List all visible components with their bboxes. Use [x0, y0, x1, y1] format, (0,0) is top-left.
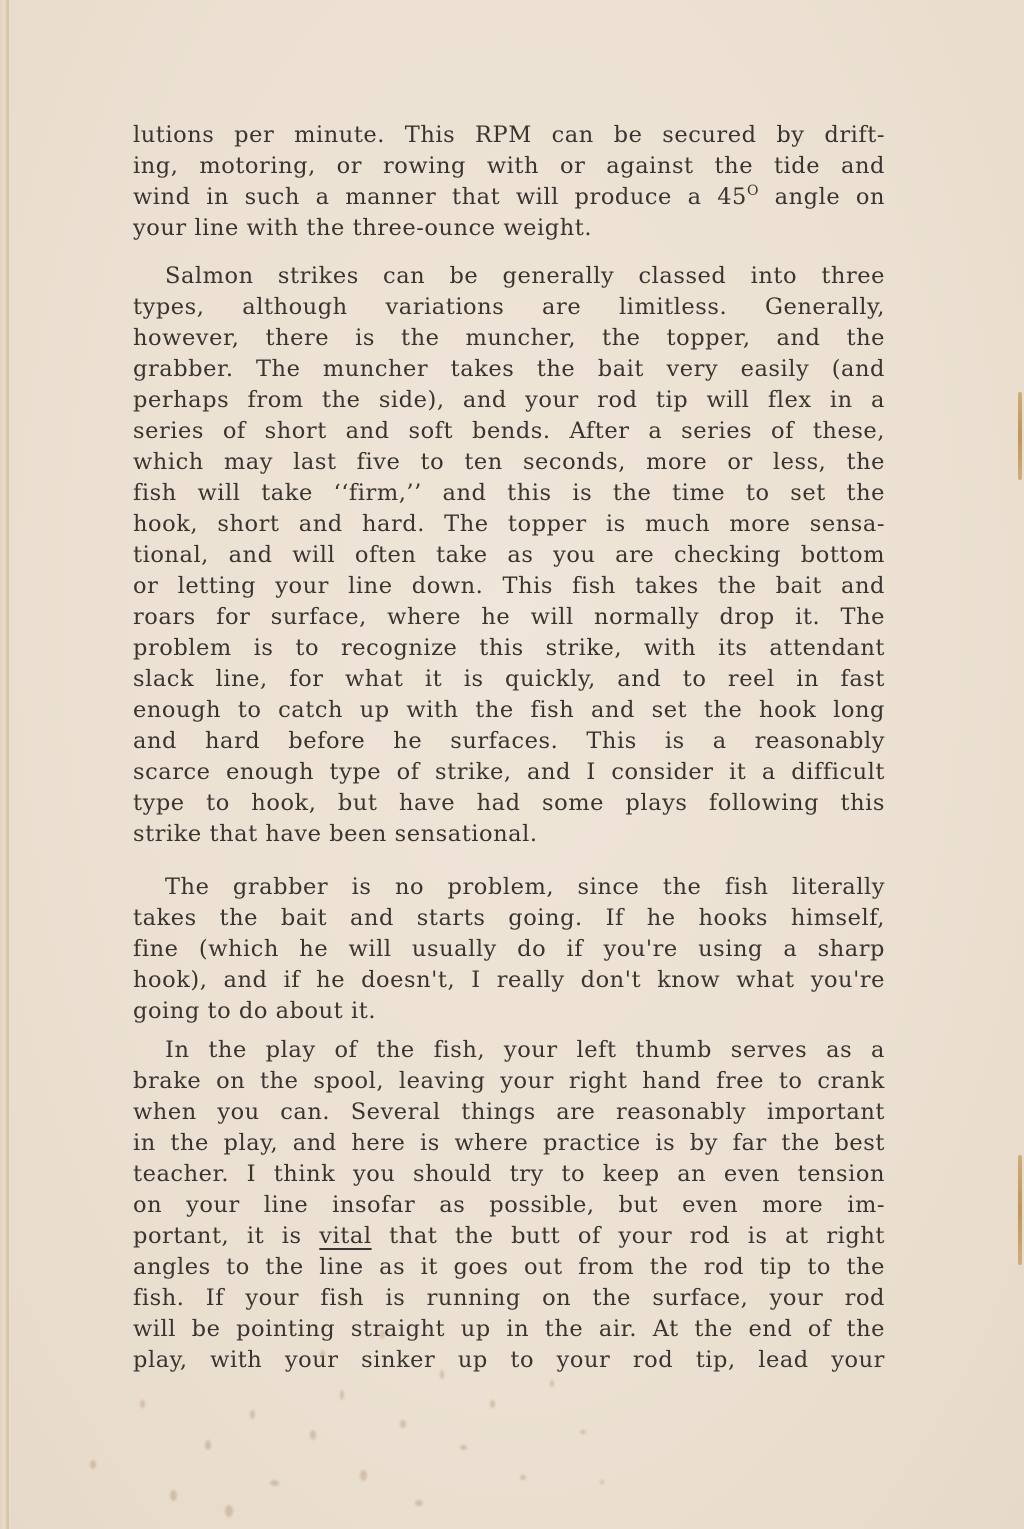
stain-spot: [170, 1490, 177, 1501]
text-line: fine (which he will usually do if you're…: [133, 934, 885, 965]
edge-stain-mark: [1018, 392, 1022, 480]
text-fragment: wind in such a manner that will produce …: [133, 184, 747, 210]
stain-spot: [460, 1445, 467, 1450]
stain-spot: [140, 1400, 145, 1408]
text-line: going to do about it.: [133, 996, 885, 1027]
text-line: lutions per minute. This RPM can be secu…: [133, 120, 885, 151]
paragraph: Salmon strikes can be generally classed …: [133, 261, 885, 850]
text-line: in the play, and here is where practice …: [133, 1128, 885, 1159]
text-line: which may last five to ten seconds, more…: [133, 447, 885, 478]
text-line: or letting your line down. This fish tak…: [133, 571, 885, 602]
text-line: enough to catch up with the fish and set…: [133, 695, 885, 726]
text-fragment: angle on: [759, 184, 885, 210]
text-line: will be pointing straight up in the air.…: [133, 1314, 885, 1345]
text-line: types, although variations are limitless…: [133, 292, 885, 323]
text-fragment: that the butt of your rod is at right: [372, 1223, 885, 1249]
stain-spot: [520, 1475, 526, 1480]
text-line: roars for surface, where he will normall…: [133, 602, 885, 633]
text-line: strike that have been sensational.: [133, 819, 885, 850]
text-line: ing, motoring, or rowing with or against…: [133, 151, 885, 182]
text-line: on your line insofar as possible, but ev…: [133, 1190, 885, 1221]
text-line: type to hook, but have had some plays fo…: [133, 788, 885, 819]
stain-spot: [415, 1500, 423, 1506]
text-line: series of short and soft bends. After a …: [133, 416, 885, 447]
text-line: your line with the three-ounce weight.: [133, 213, 885, 244]
text-line: perhaps from the side), and your rod tip…: [133, 385, 885, 416]
text-line: scarce enough type of strike, and I cons…: [133, 757, 885, 788]
text-line: The grabber is no problem, since the fis…: [133, 872, 885, 903]
stain-spot: [225, 1505, 233, 1517]
text-line: slack line, for what it is quickly, and …: [133, 664, 885, 695]
text-line: and hard before he surfaces. This is a r…: [133, 726, 885, 757]
book-page: lutions per minute. This RPM can be secu…: [0, 0, 1024, 1529]
stain-spot: [270, 1480, 279, 1486]
text-line: play, with your sinker up to your rod ti…: [133, 1345, 885, 1376]
degree-superscript: O: [747, 183, 759, 199]
text-line: teacher. I think you should try to keep …: [133, 1159, 885, 1190]
text-fragment: portant, it is: [133, 1223, 319, 1249]
text-line: fish will take ‘‘firm,’’ and this is the…: [133, 478, 885, 509]
text-line: grabber. The muncher takes the bait very…: [133, 354, 885, 385]
paragraph: lutions per minute. This RPM can be secu…: [133, 120, 885, 244]
text-line: hook, short and hard. The topper is much…: [133, 509, 885, 540]
text-line: fish. If your fish is running on the sur…: [133, 1283, 885, 1314]
text-line: wind in such a manner that will produce …: [133, 182, 885, 213]
text-line: Salmon strikes can be generally classed …: [133, 261, 885, 292]
text-line: angles to the line as it goes out from t…: [133, 1252, 885, 1283]
binding-line: [7, 0, 9, 1529]
text-line: hook), and if he doesn't, I really don't…: [133, 965, 885, 996]
text-line: portant, it is vital that the butt of yo…: [133, 1221, 885, 1252]
stain-spot: [360, 1470, 367, 1481]
text-line: when you can. Several things are reasona…: [133, 1097, 885, 1128]
page-text: lutions per minute. This RPM can be secu…: [133, 120, 885, 1376]
stain-spot: [205, 1440, 211, 1450]
stain-spot: [90, 1460, 96, 1469]
text-line: however, there is the muncher, the toppe…: [133, 323, 885, 354]
text-line: problem is to recognize this strike, wit…: [133, 633, 885, 664]
stain-spot: [340, 1390, 344, 1400]
text-line: tional, and will often take as you are c…: [133, 540, 885, 571]
stain-spot: [580, 1430, 586, 1434]
stain-spot: [250, 1410, 255, 1419]
stain-spot: [490, 1400, 495, 1408]
underlined-word: vital: [319, 1223, 371, 1249]
text-line: brake on the spool, leaving your right h…: [133, 1066, 885, 1097]
stain-spot: [310, 1430, 316, 1440]
stain-spot: [550, 1380, 554, 1387]
text-line: In the play of the fish, your left thumb…: [133, 1035, 885, 1066]
edge-stain-mark: [1018, 1155, 1022, 1265]
stain-spot: [400, 1420, 406, 1428]
text-line: takes the bait and starts going. If he h…: [133, 903, 885, 934]
paragraph: The grabber is no problem, since the fis…: [133, 872, 885, 1027]
paragraph: In the play of the fish, your left thumb…: [133, 1035, 885, 1376]
stain-spot: [600, 1480, 604, 1484]
